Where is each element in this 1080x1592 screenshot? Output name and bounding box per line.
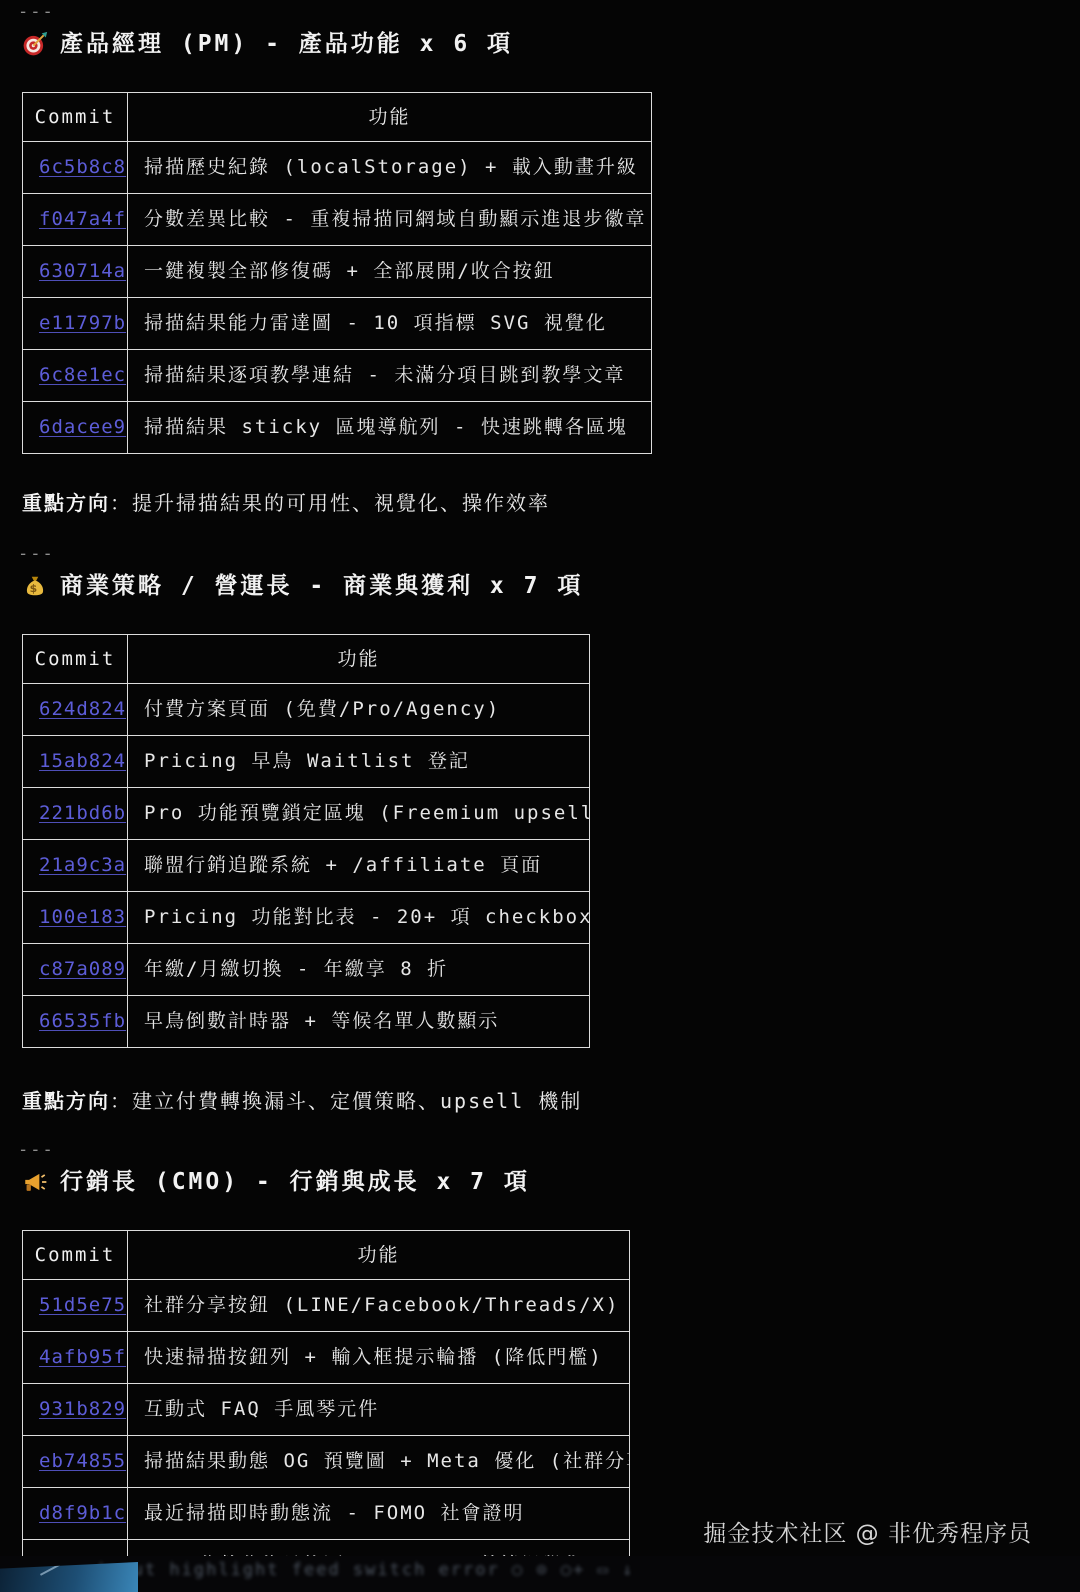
money-bag-icon: $ bbox=[22, 573, 48, 599]
feature-cell: 早鳥倒數計時器 + 等候名單人數顯示 bbox=[128, 996, 590, 1048]
commit-cell: 630714a bbox=[23, 246, 128, 298]
table-row: 4afb95f快速掃描按鈕列 + 輸入框提示輪播 (降低門檻) bbox=[23, 1332, 630, 1384]
commit-cell: 6c8e1ec bbox=[23, 350, 128, 402]
commit-cell: 4afb95f bbox=[23, 1332, 128, 1384]
feature-cell: 快速掃描按鈕列 + 輸入框提示輪播 (降低門檻) bbox=[128, 1332, 630, 1384]
table-row: e11797b掃描結果能力雷達圖 - 10 項指標 SVG 視覺化 bbox=[23, 298, 652, 350]
commit-hash-link[interactable]: 6dacee9 bbox=[39, 416, 126, 438]
megaphone-icon bbox=[22, 1169, 48, 1195]
focus-direction-note: 重點方向：提升掃描結果的可用性、視覺化、操作效率 bbox=[22, 490, 1080, 516]
commit-table-cmo: Commit 功能 51d5e75社群分享按鈕 (LINE/Facebook/T… bbox=[22, 1230, 630, 1592]
commit-hash-link[interactable]: 6c8e1ec bbox=[39, 364, 126, 386]
commit-hash-link[interactable]: 100e183 bbox=[39, 906, 126, 928]
commit-hash-link[interactable]: 66535fb bbox=[39, 1010, 126, 1032]
commit-hash-link[interactable]: 4afb95f bbox=[39, 1346, 126, 1368]
commit-hash-link[interactable]: 15ab824 bbox=[39, 750, 126, 772]
column-header-commit: Commit bbox=[23, 93, 128, 142]
commit-cell: c87a089 bbox=[23, 944, 128, 996]
commit-cell: 6dacee9 bbox=[23, 402, 128, 454]
table-row: 624d824付費方案頁面 (免費/Pro/Agency) bbox=[23, 684, 590, 736]
blurred-cutoff-text: input highlight feed switch error ○ ⊙ ○+… bbox=[96, 1560, 634, 1580]
commit-hash-link[interactable]: 630714a bbox=[39, 260, 126, 282]
feature-cell: 最近掃描即時動態流 - FOMO 社會證明 bbox=[128, 1488, 630, 1540]
table-row: eb74855掃描結果動態 OG 預覽圖 + Meta 優化 (社群分享) bbox=[23, 1436, 630, 1488]
table-header-row: Commit 功能 bbox=[23, 635, 590, 684]
feature-cell: Pro 功能預覽鎖定區塊 (Freemium upsell) bbox=[128, 788, 590, 840]
table-row: 100e183Pricing 功能對比表 - 20+ 項 checkbox 矩陣 bbox=[23, 892, 590, 944]
table-row: d8f9b1c最近掃描即時動態流 - FOMO 社會證明 bbox=[23, 1488, 630, 1540]
table-row: 15ab824Pricing 早鳥 Waitlist 登記 bbox=[23, 736, 590, 788]
table-row: 66535fb早鳥倒數計時器 + 等候名單人數顯示 bbox=[23, 996, 590, 1048]
svg-text:$: $ bbox=[30, 582, 41, 595]
table-row: 21a9c3a聯盟行銷追蹤系統 + /affiliate 頁面 bbox=[23, 840, 590, 892]
feature-cell: 掃描結果 sticky 區塊導航列 - 快速跳轉各區塊 bbox=[128, 402, 652, 454]
feature-cell: 分數差異比較 - 重複掃描同網域自動顯示進退步徽章 bbox=[128, 194, 652, 246]
feature-cell: 互動式 FAQ 手風琴元件 bbox=[128, 1384, 630, 1436]
table-row: 51d5e75社群分享按鈕 (LINE/Facebook/Threads/X) bbox=[23, 1280, 630, 1332]
feature-cell: 掃描歷史紀錄 (localStorage) + 載入動畫升級 bbox=[128, 142, 652, 194]
note-label: 重點方向 bbox=[22, 491, 110, 515]
commit-hash-link[interactable]: eb74855 bbox=[39, 1450, 126, 1472]
commit-table-business: Commit 功能 624d824付費方案頁面 (免費/Pro/Agency)1… bbox=[22, 634, 590, 1048]
table-row: 6c8e1ec掃描結果逐項教學連結 - 未滿分項目跳到教學文章 bbox=[23, 350, 652, 402]
commit-cell: 15ab824 bbox=[23, 736, 128, 788]
commit-hash-link[interactable]: 931b829 bbox=[39, 1398, 126, 1420]
table-header-row: Commit 功能 bbox=[23, 93, 652, 142]
markdown-separator: --- bbox=[18, 1142, 1080, 1158]
feature-cell: 掃描結果能力雷達圖 - 10 項指標 SVG 視覺化 bbox=[128, 298, 652, 350]
commit-cell: 51d5e75 bbox=[23, 1280, 128, 1332]
commit-hash-link[interactable]: c87a089 bbox=[39, 958, 126, 980]
focus-direction-note: 重點方向：建立付費轉換漏斗、定價策略、upsell 機制 bbox=[22, 1088, 1080, 1114]
note-text: ：建立付費轉換漏斗、定價策略、upsell 機制 bbox=[110, 1089, 582, 1113]
table-row: 6c5b8c8掃描歷史紀錄 (localStorage) + 載入動畫升級 bbox=[23, 142, 652, 194]
commit-hash-link[interactable]: 51d5e75 bbox=[39, 1294, 126, 1316]
section-heading-pm: 產品經理 (PM) - 產品功能 x 6 項 bbox=[22, 28, 1080, 60]
table-row: 931b829互動式 FAQ 手風琴元件 bbox=[23, 1384, 630, 1436]
feature-cell: 社群分享按鈕 (LINE/Facebook/Threads/X) bbox=[128, 1280, 630, 1332]
table-row: 6dacee9掃描結果 sticky 區塊導航列 - 快速跳轉各區塊 bbox=[23, 402, 652, 454]
commit-cell: 624d824 bbox=[23, 684, 128, 736]
feature-cell: 一鍵複製全部修復碼 + 全部展開/收合按鈕 bbox=[128, 246, 652, 298]
table-header-row: Commit 功能 bbox=[23, 1231, 630, 1280]
section-heading-cmo: 行銷長 (CMO) - 行銷與成長 x 7 項 bbox=[22, 1166, 1080, 1198]
commit-cell: eb74855 bbox=[23, 1436, 128, 1488]
section-title: 商業策略 / 營運長 - 商業與獲利 x 7 項 bbox=[60, 570, 583, 602]
column-header-feature: 功能 bbox=[128, 635, 590, 684]
table-row: 630714a一鍵複製全部修復碼 + 全部展開/收合按鈕 bbox=[23, 246, 652, 298]
commit-cell: 221bd6b bbox=[23, 788, 128, 840]
target-icon bbox=[22, 31, 48, 57]
commit-cell: 66535fb bbox=[23, 996, 128, 1048]
feature-cell: 付費方案頁面 (免費/Pro/Agency) bbox=[128, 684, 590, 736]
commit-table-pm: Commit 功能 6c5b8c8掃描歷史紀錄 (localStorage) +… bbox=[22, 92, 652, 454]
document-page: --- 產品經理 (PM) - 產品功能 x 6 項 Commit 功能 6c5… bbox=[0, 0, 1080, 1592]
feature-cell: Pricing 功能對比表 - 20+ 項 checkbox 矩陣 bbox=[128, 892, 590, 944]
bottom-left-blue-shape bbox=[0, 1562, 138, 1592]
column-header-feature: 功能 bbox=[128, 93, 652, 142]
feature-cell: 掃描結果動態 OG 預覽圖 + Meta 優化 (社群分享) bbox=[128, 1436, 630, 1488]
table-row: f047a4f分數差異比較 - 重複掃描同網域自動顯示進退步徽章 bbox=[23, 194, 652, 246]
section-heading-business: $ 商業策略 / 營運長 - 商業與獲利 x 7 項 bbox=[22, 570, 1080, 602]
commit-cell: 931b829 bbox=[23, 1384, 128, 1436]
column-header-commit: Commit bbox=[23, 1231, 128, 1280]
section-title: 產品經理 (PM) - 產品功能 x 6 項 bbox=[60, 28, 513, 60]
commit-hash-link[interactable]: 624d824 bbox=[39, 698, 126, 720]
commit-hash-link[interactable]: 221bd6b bbox=[39, 802, 126, 824]
table-row: 221bd6bPro 功能預覽鎖定區塊 (Freemium upsell) bbox=[23, 788, 590, 840]
commit-cell: 6c5b8c8 bbox=[23, 142, 128, 194]
markdown-separator: --- bbox=[18, 4, 1080, 20]
watermark-text: 掘金技术社区 @ 非优秀程序员 bbox=[703, 1515, 1032, 1548]
feature-cell: 聯盟行銷追蹤系統 + /affiliate 頁面 bbox=[128, 840, 590, 892]
commit-cell: 100e183 bbox=[23, 892, 128, 944]
commit-cell: e11797b bbox=[23, 298, 128, 350]
feature-cell: Pricing 早鳥 Waitlist 登記 bbox=[128, 736, 590, 788]
table-row: c87a089年繳/月繳切換 - 年繳享 8 折 bbox=[23, 944, 590, 996]
commit-hash-link[interactable]: d8f9b1c bbox=[39, 1502, 126, 1524]
commit-cell: f047a4f bbox=[23, 194, 128, 246]
commit-cell: 21a9c3a bbox=[23, 840, 128, 892]
commit-hash-link[interactable]: f047a4f bbox=[39, 208, 126, 230]
note-text: ：提升掃描結果的可用性、視覺化、操作效率 bbox=[110, 491, 550, 515]
commit-hash-link[interactable]: 6c5b8c8 bbox=[39, 156, 126, 178]
column-header-feature: 功能 bbox=[128, 1231, 630, 1280]
feature-cell: 掃描結果逐項教學連結 - 未滿分項目跳到教學文章 bbox=[128, 350, 652, 402]
section-title: 行銷長 (CMO) - 行銷與成長 x 7 項 bbox=[60, 1166, 530, 1198]
note-label: 重點方向 bbox=[22, 1089, 110, 1113]
bottom-overlay-strip: input highlight feed switch error ○ ⊙ ○+… bbox=[0, 1556, 1080, 1592]
column-header-commit: Commit bbox=[23, 635, 128, 684]
markdown-separator: --- bbox=[18, 546, 1080, 562]
commit-cell: d8f9b1c bbox=[23, 1488, 128, 1540]
commit-hash-link[interactable]: 21a9c3a bbox=[39, 854, 126, 876]
feature-cell: 年繳/月繳切換 - 年繳享 8 折 bbox=[128, 944, 590, 996]
commit-hash-link[interactable]: e11797b bbox=[39, 312, 126, 334]
